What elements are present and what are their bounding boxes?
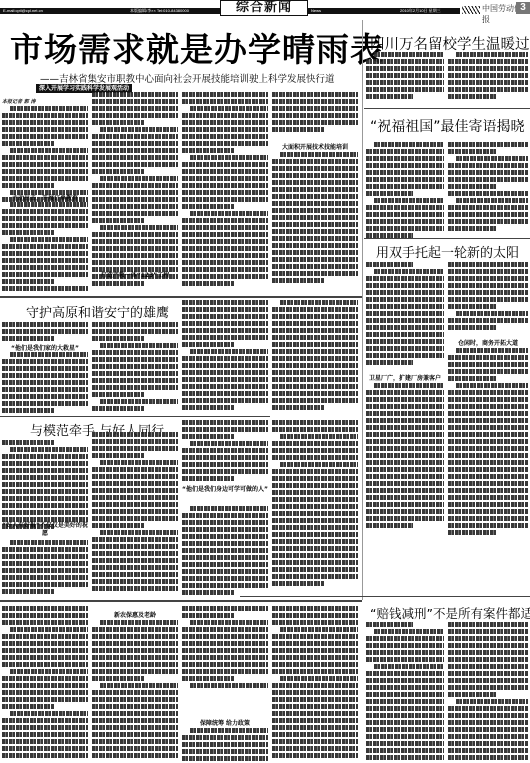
masthead-date: 2010年2月10日 星期三	[400, 8, 441, 14]
right-top-col-1	[366, 52, 444, 104]
bottom-col-4	[272, 606, 358, 763]
masthead-email: E-mail:cptl@cpl.net.cn	[3, 8, 43, 14]
model-col-3	[182, 420, 268, 482]
eagle-col-2	[92, 322, 178, 414]
bottom-section-head-1: 新农保惠及老龄	[92, 610, 178, 619]
bottom-right-col-1	[366, 622, 444, 763]
section-en: News	[311, 8, 321, 14]
lead-headline: 市场需求就是办学晴雨表	[10, 32, 384, 68]
model-col-1b	[2, 540, 88, 596]
section-rule	[0, 416, 270, 417]
bottom-col-1	[2, 606, 88, 763]
lead-section-head-1: 主动出击，开展订单教育	[2, 193, 88, 202]
decorative-stripes-icon	[462, 6, 480, 14]
eagle-col-3	[182, 300, 268, 414]
section-rule	[0, 296, 362, 298]
right-sun-headline: 用双手托起一轮新的太阳	[376, 242, 519, 261]
right-sun-col-2b	[448, 348, 528, 543]
bottom-right-col-2	[448, 622, 528, 763]
lead-col-1b	[2, 202, 88, 294]
model-section-head-2: “他们是我们身边可学可做的人”	[182, 486, 268, 494]
right-sun-col-2	[448, 262, 528, 332]
right-top-col-2	[448, 52, 528, 104]
right-mid-headline: “祝福祖国”最佳寄语揭晓	[370, 116, 525, 136]
section-rule	[0, 600, 362, 602]
lead-byline: 本报记者 郭 涛	[2, 98, 35, 105]
model-col-2	[92, 432, 178, 596]
model-col-1	[2, 440, 88, 532]
right-sun-section-head-2: 仓闲时，商务开拓大道	[448, 338, 528, 347]
model-section-head-1: “好人有好报”不仅仅是美好的祝愿	[2, 522, 88, 538]
right-mid-col-2	[448, 142, 528, 238]
column-divider	[362, 20, 363, 600]
bottom-col-3b	[182, 728, 268, 763]
model-col-3b	[182, 506, 268, 596]
right-sun-col-1	[366, 262, 444, 372]
rule	[364, 238, 530, 239]
right-top-headline: 四川万名留校学生温暖过节	[370, 33, 530, 54]
lead-col-3	[182, 92, 268, 292]
right-sun-col-1b	[366, 383, 444, 543]
eagle-section-head-1: “他们是我们家的大救星”	[2, 343, 88, 352]
masthead-editor: 本版编辑/李×× Tel:010-84380000	[130, 8, 189, 14]
eagle-col-4	[272, 300, 358, 414]
model-col-4	[272, 420, 358, 596]
lead-section-head-3: 大面积开展技术技能培训	[272, 142, 358, 151]
right-mid-col-1	[366, 142, 444, 238]
bottom-col-2	[92, 620, 178, 763]
lead-col-4a	[272, 92, 358, 140]
newspaper-page: E-mail:cptl@cpl.net.cn 本版编辑/李×× Tel:010-…	[0, 0, 530, 763]
section-title: 综合新闻	[220, 0, 308, 16]
section-rule	[240, 596, 530, 597]
lead-section-head-2: 打造产教一体“123”工程	[92, 270, 178, 279]
eagle-col-1	[2, 322, 88, 344]
masthead: E-mail:cptl@cpl.net.cn 本版编辑/李×× Tel:010-…	[0, 0, 530, 16]
right-sun-section-head-1: 卫星厂广，扩建厂房兼客户	[366, 373, 444, 382]
bottom-right-headline: “赔钱减刑”不是所有案件都适用	[370, 604, 530, 622]
rule	[364, 108, 530, 109]
lead-col-1	[2, 106, 88, 204]
lead-col-4b	[272, 152, 358, 292]
lead-subheadline: ——吉林省集安市职教中心面向社会开展技能培训驶上科学发展快行道	[40, 71, 335, 85]
eagle-col-1b	[2, 352, 88, 414]
bottom-section-head-2: 保障统筹 给力政策	[182, 718, 268, 727]
eagle-headline: 守护高原和谐安宁的雄鹰	[26, 302, 169, 321]
page-number-badge: 3	[516, 2, 530, 14]
lead-col-2	[92, 92, 178, 292]
bottom-col-3	[182, 606, 268, 696]
